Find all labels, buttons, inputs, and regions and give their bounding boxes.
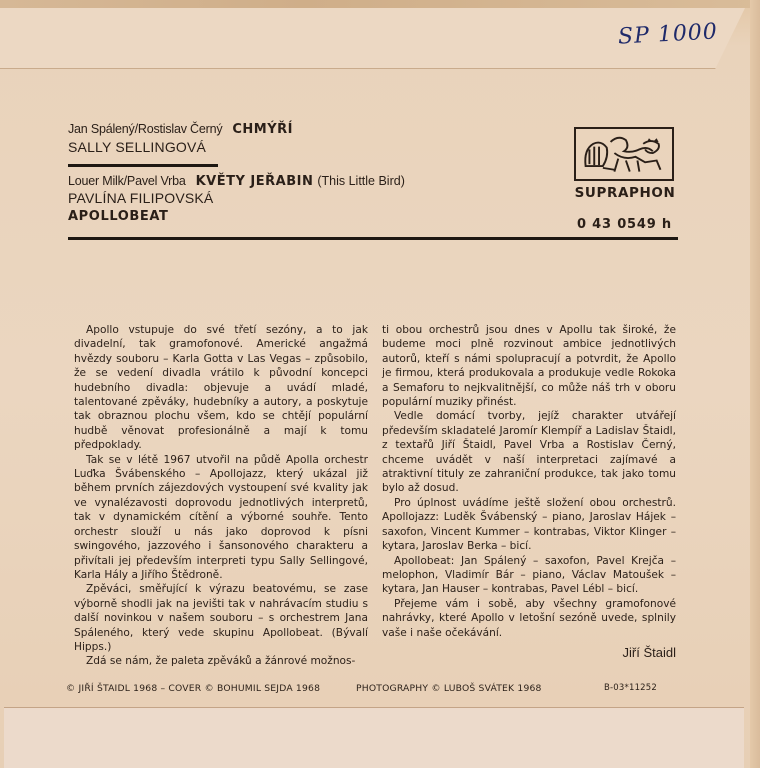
divider-short [68, 164, 218, 167]
track-1-line: Jan Spálený/Rostislav Černý CHMÝŘÍ [68, 122, 293, 137]
track-2-credits: Louer Milk/Pavel Vrba [68, 174, 186, 188]
sleeve-top-edge [0, 0, 760, 8]
liner-paragraph: Zdá se nám, že paleta zpěváků a žánrové … [74, 654, 368, 668]
track-2-line: Louer Milk/Pavel Vrba KVĚTY JEŘABIN (Thi… [68, 174, 405, 189]
supraphon-lion-lyre-logo-icon [574, 127, 674, 181]
record-sleeve-back: SP 1000 Jan Spálený/Rostislav Černý CHMÝ… [0, 0, 760, 768]
liner-paragraph: Apollo vstupuje do své třetí sezóny, a t… [74, 323, 368, 453]
liner-notes-right-column: ti obou orchestrů jsou dnes v Apollu tak… [382, 323, 676, 660]
liner-paragraph: Zpěváci, směřující k výrazu beatovému, s… [74, 582, 368, 654]
liner-paragraph: Apollobeat: Jan Spálený – saxofon, Pavel… [382, 554, 676, 597]
track-1-credits: Jan Spálený/Rostislav Černý [68, 122, 222, 136]
track-1-title: CHMÝŘÍ [232, 122, 293, 137]
liner-paragraph: Přejeme vám i sobě, aby všechny gramofon… [382, 597, 676, 640]
sleeve-right-edge [750, 0, 760, 768]
footer-copyright: © JIŘÍ ŠTAIDL 1968 – COVER © BOHUMIL SEJ… [66, 683, 320, 694]
author-signature: Jiří Štaidl [382, 646, 676, 660]
footer-print-code: B-03*11252 [604, 683, 657, 693]
track-2-subtitle: (This Little Bird) [317, 174, 405, 188]
liner-paragraph: Vedle domácí tvorby, jejíž charakter utv… [382, 409, 676, 495]
handwritten-note: SP 1000 [617, 19, 718, 49]
track-2-artist: PAVLÍNA FILIPOVSKÁ [68, 191, 213, 205]
footer-photography: PHOTOGRAPHY © LUBOŠ SVÁTEK 1968 [356, 683, 542, 694]
liner-notes-left-column: Apollo vstupuje do své třetí sezóny, a t… [74, 323, 368, 669]
label-name: SUPRAPHON [573, 185, 677, 201]
liner-paragraph: Tak se v létě 1967 utvořil na půdě Apoll… [74, 453, 368, 583]
track-1-artist: SALLY SELLINGOVÁ [68, 140, 206, 154]
sleeve-bottom-flap [4, 707, 744, 768]
liner-paragraph: Pro úplnost uvádíme ještě složení obou o… [382, 496, 676, 554]
liner-paragraph: ti obou orchestrů jsou dnes v Apollu tak… [382, 323, 676, 409]
track-2-title: KVĚTY JEŘABIN [196, 174, 314, 189]
group-name: APOLLOBEAT [68, 210, 169, 224]
divider-long [68, 237, 678, 240]
catalog-number: 0 43 0549 h [577, 217, 672, 232]
